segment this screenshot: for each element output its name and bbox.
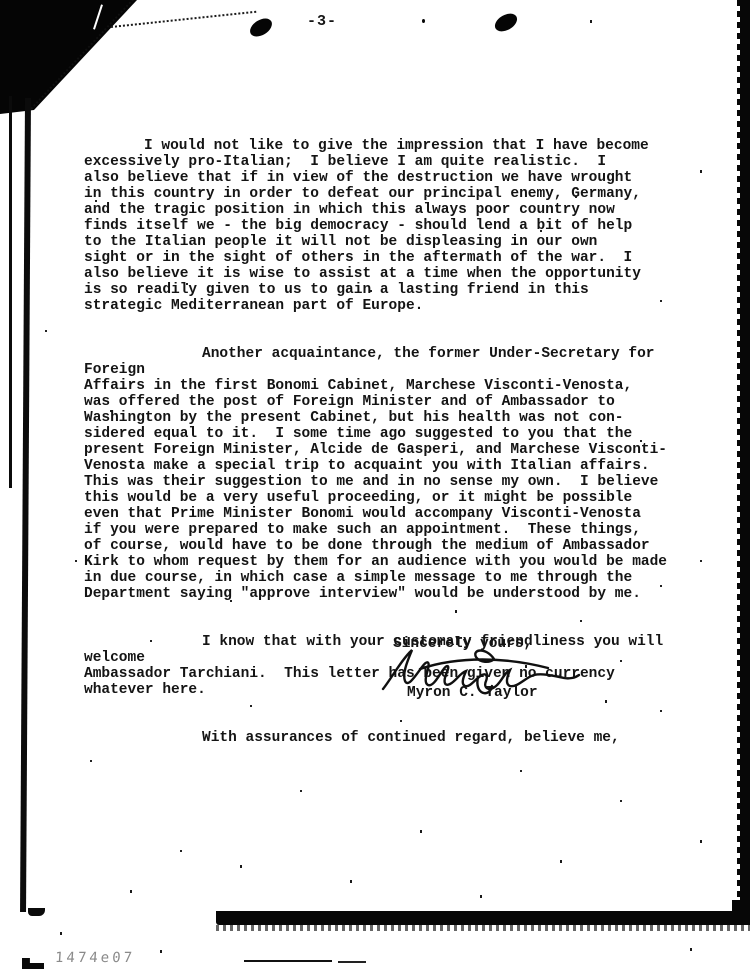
footer-corner-mark — [22, 958, 44, 969]
signature-typed-name: Myron C. Taylor — [407, 685, 538, 701]
diagonal-speckle-line — [111, 11, 256, 28]
footer-line — [244, 960, 332, 962]
paragraph-valediction: With assurances of continued regard, bel… — [84, 730, 696, 746]
scan-bar-bottom — [216, 911, 750, 925]
ink-blob-left — [247, 15, 275, 40]
page-number: -3- — [307, 13, 337, 30]
paragraph-2: Another acquaintance, the former Under-S… — [84, 346, 696, 602]
scan-speckle-noise — [0, 0, 2, 3]
footer-id-stamp: 1474e07 — [54, 950, 135, 966]
ink-dot — [422, 19, 425, 23]
paragraph-1: I would not like to give the impression … — [84, 138, 696, 314]
scan-edge-line-hook — [28, 908, 45, 916]
corner-fold-artifact — [0, 0, 140, 114]
scan-strip-right — [740, 0, 750, 917]
letter-page: -3- I would not like to give the impress… — [0, 0, 750, 972]
scan-edge-line-thin — [9, 96, 12, 488]
ink-blob-right — [492, 10, 520, 35]
scan-edge-line-main — [20, 98, 31, 912]
footer-line-short — [338, 961, 366, 963]
